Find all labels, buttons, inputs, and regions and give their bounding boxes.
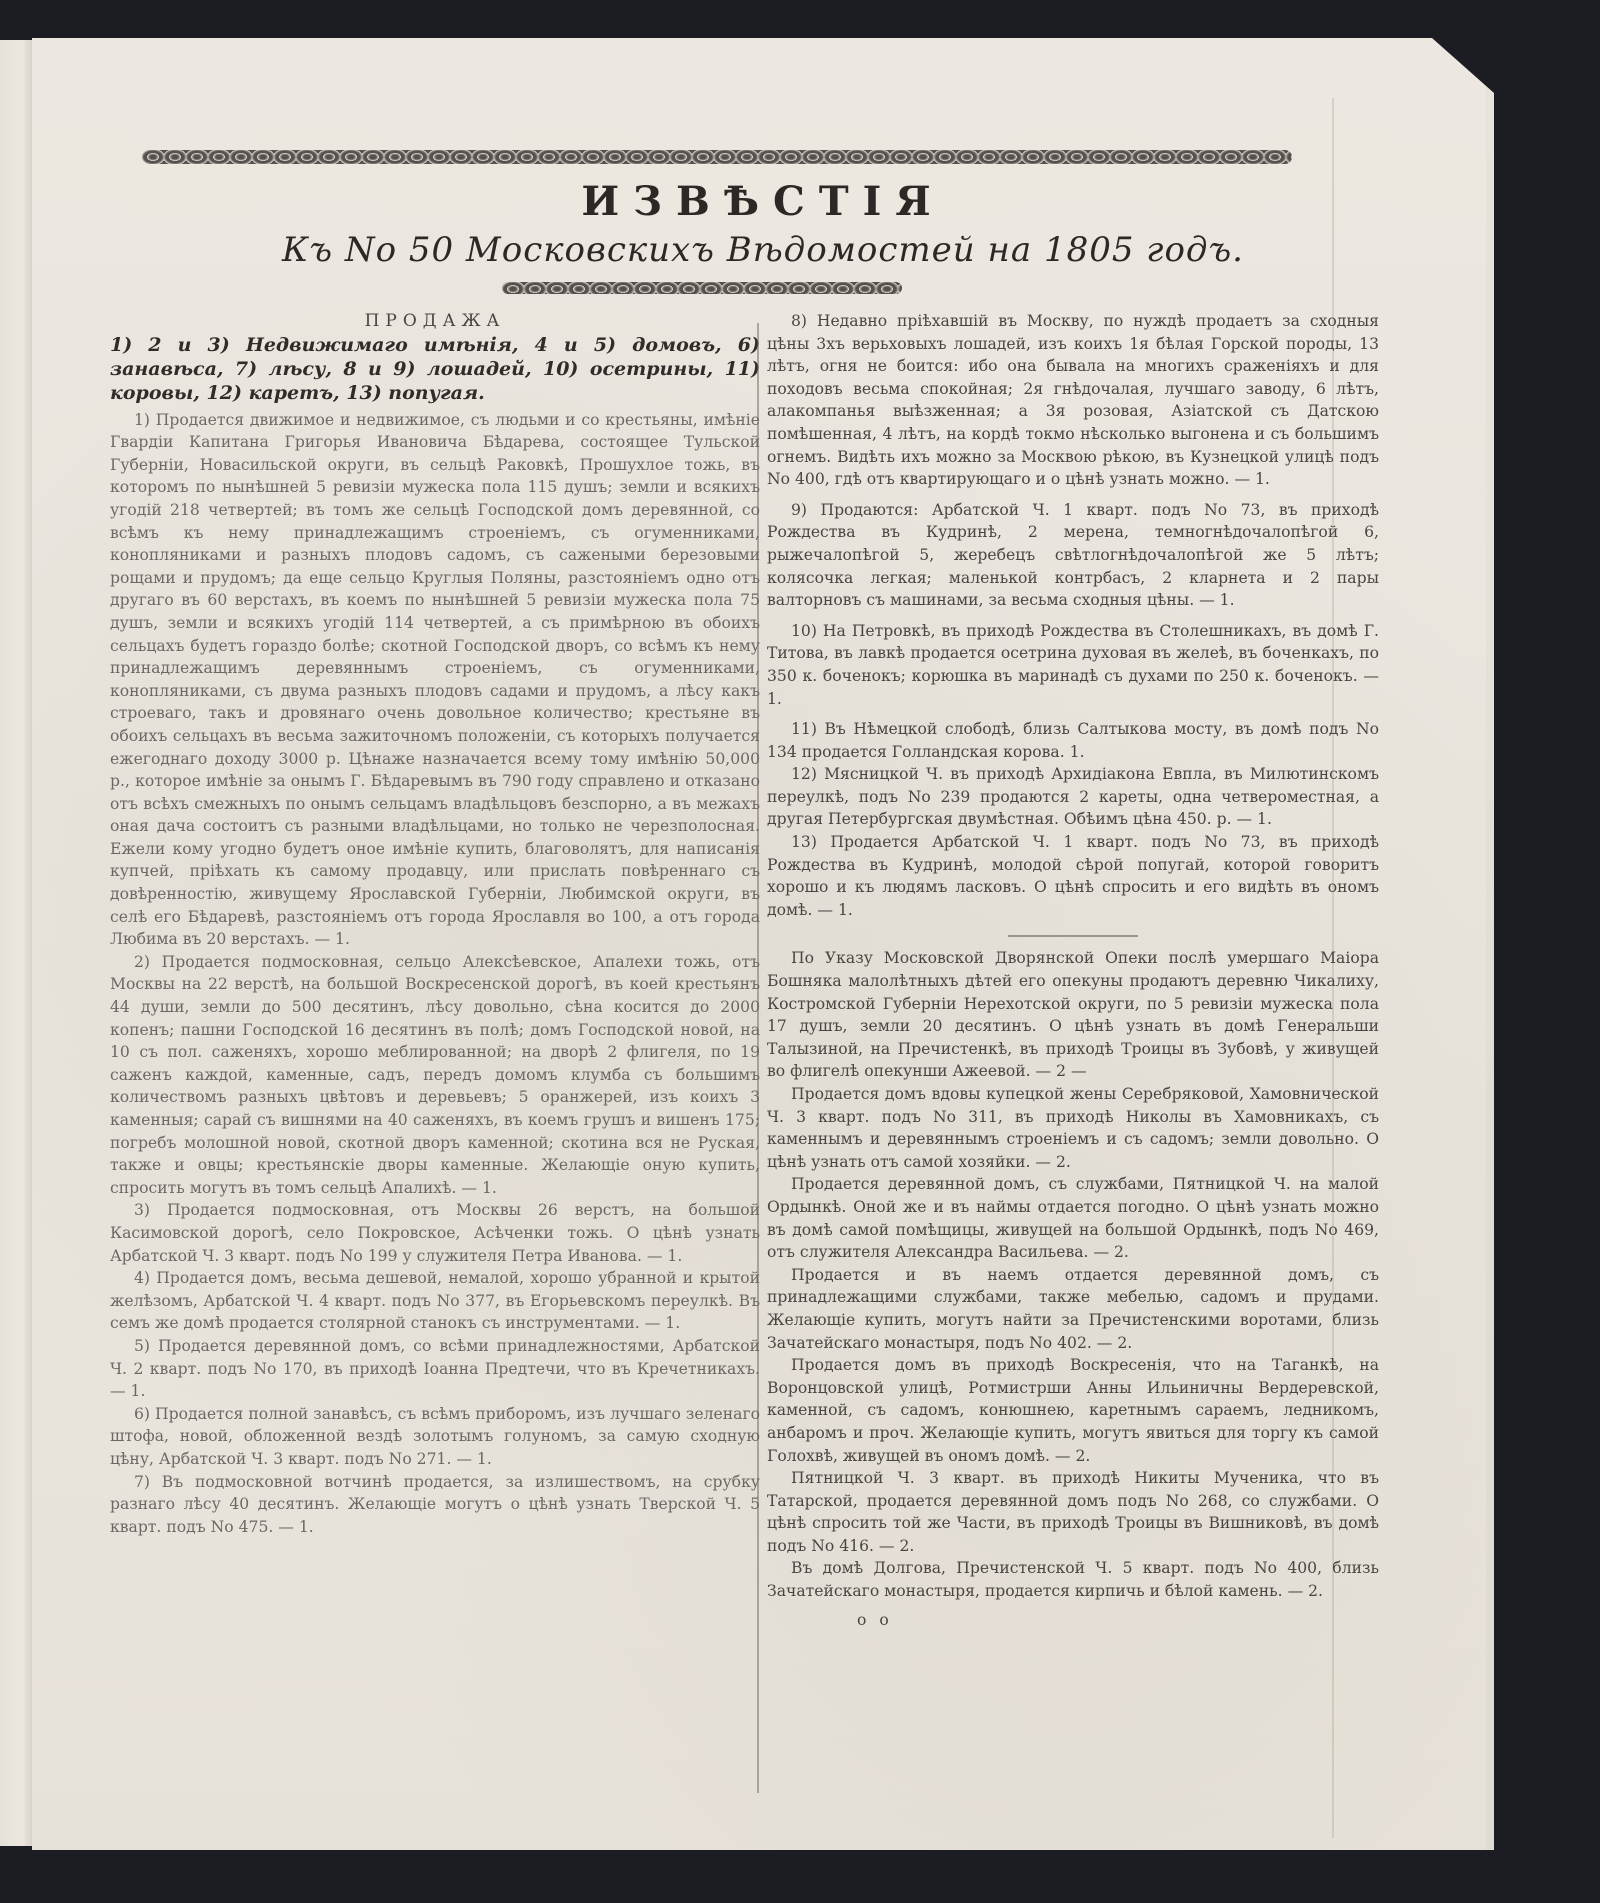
ad-item: 3) Продается подмосковная, отъ Москвы 26… xyxy=(110,1199,760,1267)
page-title: ИЗВѢСТІЯ xyxy=(32,178,1494,225)
ad-item: 8) Недавно пріѣхавшій въ Москву, по нужд… xyxy=(767,310,1379,491)
ad-item: 11) Въ Нѣмецкой слободѣ, близь Салтыкова… xyxy=(767,718,1379,763)
notice-item: Продается и въ наемъ отдается деревянной… xyxy=(767,1264,1379,1354)
ad-item: 6) Продается полной занавѣсъ, съ всѣмъ п… xyxy=(110,1403,760,1471)
ornament-rule-mid xyxy=(502,282,902,294)
ad-item: 13) Продается Арбатской Ч. 1 кварт. подъ… xyxy=(767,831,1379,921)
notice-item: Продается домъ въ приходѣ Воскресенія, ч… xyxy=(767,1354,1379,1467)
right-column: 8) Недавно пріѣхавшій въ Москву, по нужд… xyxy=(767,310,1379,1631)
notice-item: По Указу Московской Дворянской Опеки пос… xyxy=(767,947,1379,1083)
column-divider xyxy=(757,323,759,1793)
ad-item: 2) Продается подмосковная, сельцо Алексѣ… xyxy=(110,951,760,1200)
ad-item: 5) Продается деревянной домъ, со всѣми п… xyxy=(110,1335,760,1403)
newspaper-page: ИЗВѢСТІЯ Къ No 50 Московскихъ Вѣдомостей… xyxy=(32,38,1494,1850)
notice-item: Въ домѣ Долгова, Пречистенской Ч. 5 квар… xyxy=(767,1557,1379,1602)
left-column: ПРОДАЖА 1) 2 и 3) Недвижимаго имѣнія, 4 … xyxy=(110,310,760,1538)
section-summary: 1) 2 и 3) Недвижимаго имѣнія, 4 и 5) дом… xyxy=(110,333,760,405)
page-subtitle: Къ No 50 Московскихъ Вѣдомостей на 1805 … xyxy=(32,230,1494,270)
notice-item: Продается домъ вдовы купецкой жены Сереб… xyxy=(767,1083,1379,1173)
adjacent-page-edge xyxy=(0,40,33,1846)
ornament-rule-top xyxy=(142,150,1292,164)
ad-item: 7) Въ подмосковной вотчинѣ продается, за… xyxy=(110,1471,760,1539)
ad-item: 12) Мясницкой Ч. въ приходѣ Архидіакона … xyxy=(767,763,1379,831)
page-signature-mark: о о xyxy=(767,1609,1379,1632)
section-separator xyxy=(1008,935,1138,937)
ad-item: 10) На Петровкѣ, въ приходѣ Рождества въ… xyxy=(767,620,1379,710)
notice-item: Пятницкой Ч. 3 кварт. въ приходѣ Никиты … xyxy=(767,1467,1379,1557)
section-heading: ПРОДАЖА xyxy=(110,310,760,333)
ad-item: 9) Продаются: Арбатской Ч. 1 кварт. подъ… xyxy=(767,499,1379,612)
ad-item: 4) Продается домъ, весьма дешевой, немал… xyxy=(110,1267,760,1335)
ad-item: 1) Продается движимое и недвижимое, съ л… xyxy=(110,409,760,951)
notice-item: Продается деревянной домъ, съ службами, … xyxy=(767,1173,1379,1263)
